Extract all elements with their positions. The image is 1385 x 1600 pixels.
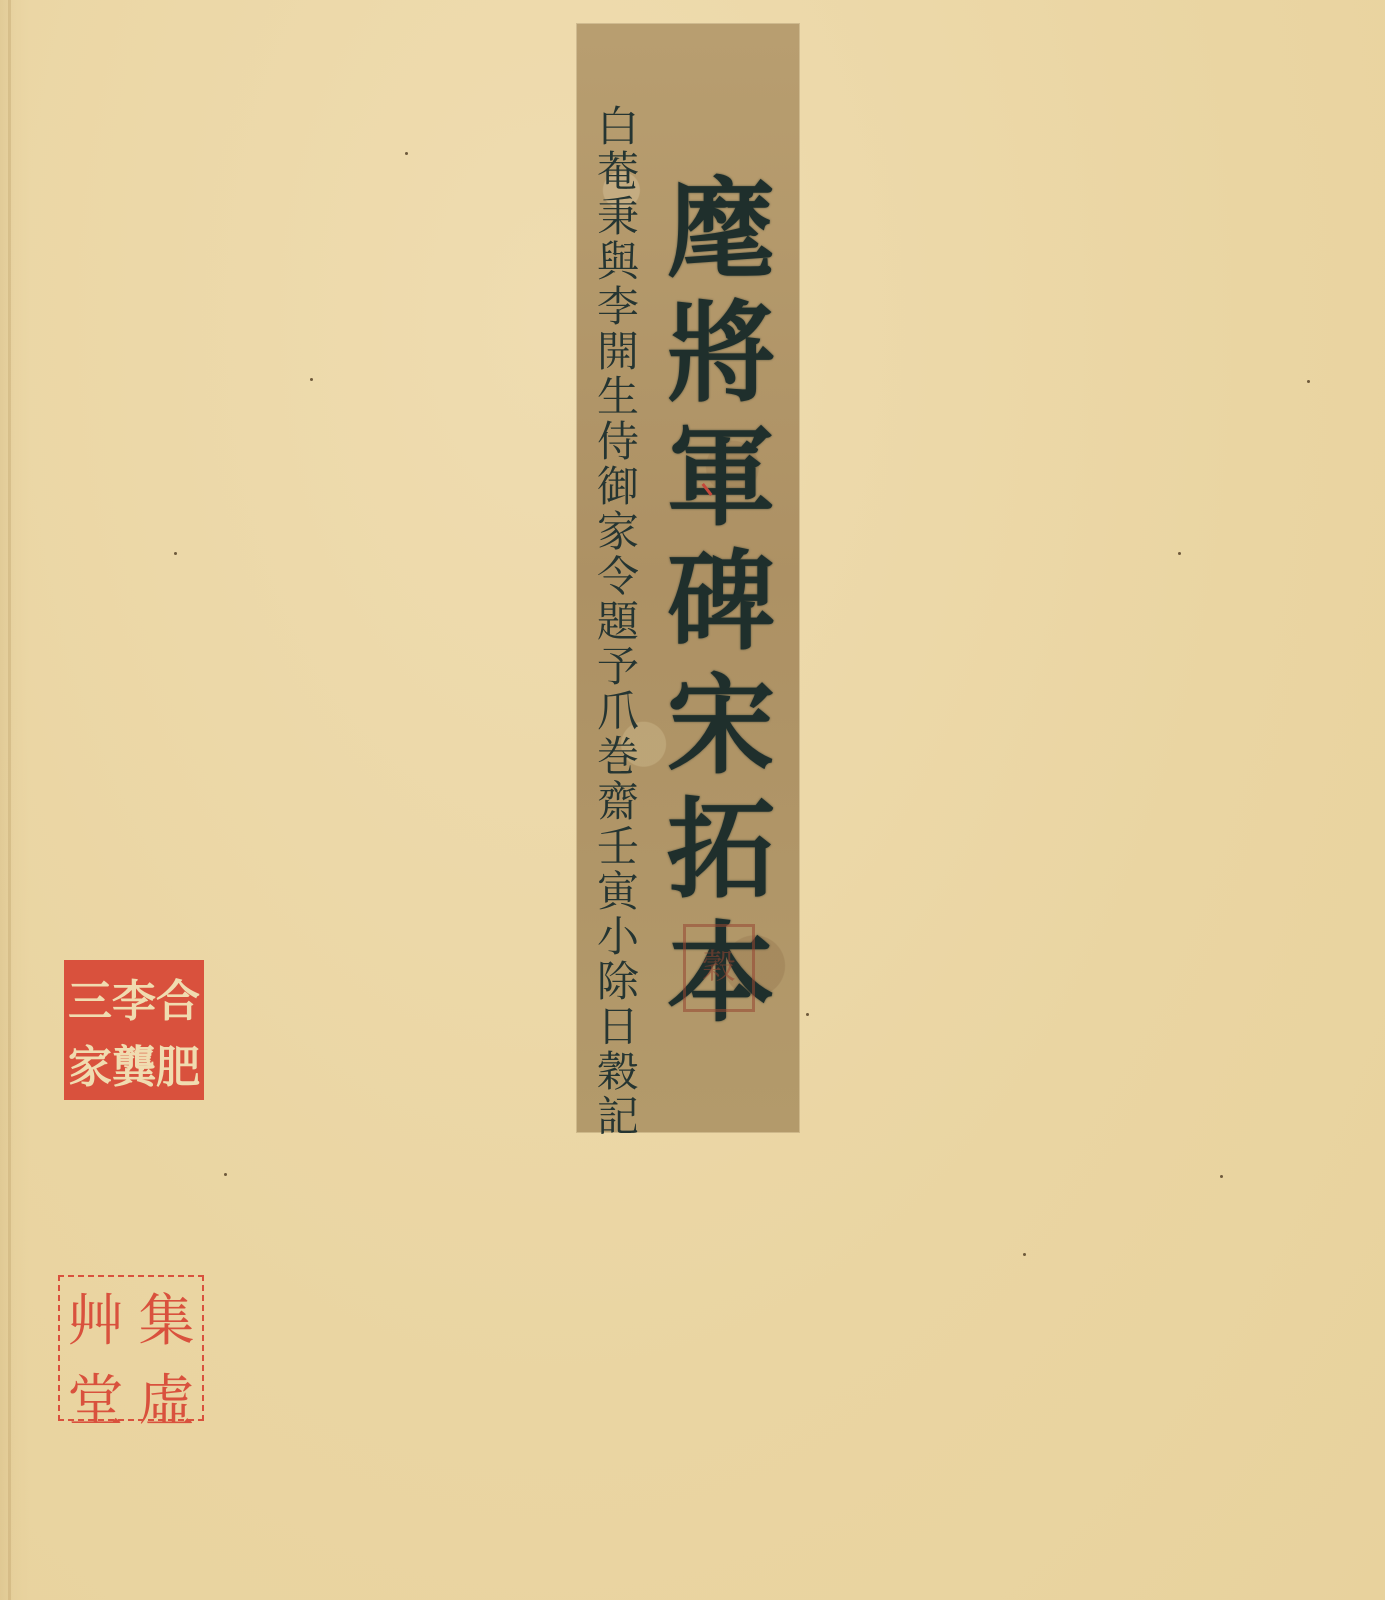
red-seal-upper: 合 肥 李 龔 三 家	[64, 960, 204, 1100]
inscription-char: 穀	[597, 1049, 639, 1094]
inscription-char: 令	[597, 554, 639, 599]
inscription-char: 齋	[597, 779, 639, 824]
inscription-char: 秉	[597, 194, 639, 239]
inscription-char: 家	[597, 509, 639, 554]
inscription-char: 生	[597, 374, 639, 419]
inscription-char: 白	[597, 104, 639, 149]
paper-speck	[1307, 380, 1310, 383]
inscription-char: 侍	[597, 419, 639, 464]
seal-char: 合	[156, 964, 200, 1030]
paper-speck	[1220, 1175, 1223, 1178]
title-char: 碑	[667, 540, 775, 664]
title-label-strip: 𨛫 麾 將 軍 碑 宋 拓 本 白 菴 秉 與 李 開 生 侍 御 家 令 題 …	[577, 24, 799, 1132]
paper-speck	[224, 1173, 227, 1176]
paper-speck	[405, 152, 408, 155]
inscription-char: 與	[597, 239, 639, 284]
inscription-char: 巻	[597, 734, 639, 779]
paper-speck	[1023, 1253, 1026, 1256]
paper-speck	[1178, 552, 1181, 555]
seal-char: 龔	[112, 1030, 156, 1096]
seal-char: 三	[68, 964, 112, 1030]
inscription-char: 予	[597, 644, 639, 689]
seal-char: 堂	[60, 1357, 131, 1437]
inscription-char: 題	[597, 599, 639, 644]
seal-char: 艸	[60, 1277, 131, 1357]
title-char: 麾	[667, 168, 775, 292]
paper-speck	[310, 378, 313, 381]
seal-char: 肥	[156, 1030, 200, 1096]
inscription-column: 白 菴 秉 與 李 開 生 侍 御 家 令 題 予 爪 巻 齋 壬 寅 小 除 …	[585, 104, 651, 1139]
inscription-char: 爪	[597, 689, 639, 734]
seal-char: 家	[68, 1030, 112, 1096]
inscription-char: 開	[597, 329, 639, 374]
inscription-char: 除	[597, 959, 639, 1004]
inscription-char: 菴	[597, 149, 639, 194]
inscription-char: 李	[597, 284, 639, 329]
title-char: 軍	[667, 416, 775, 540]
inscription-char: 御	[597, 464, 639, 509]
inscription-char: 日	[597, 1004, 639, 1049]
title-char: 拓	[667, 788, 775, 912]
seal-char: 李	[112, 964, 156, 1030]
inscription-char: 壬	[597, 824, 639, 869]
inscription-char: 小	[597, 914, 639, 959]
title-char: 宋	[667, 664, 775, 788]
paper-speck	[174, 552, 177, 555]
inscription-char: 寅	[597, 869, 639, 914]
red-seal-lower: 集 虛 艸 堂	[58, 1275, 204, 1421]
inscription-char: 記	[597, 1094, 639, 1139]
album-fold-line	[8, 0, 11, 1600]
title-char: 將	[667, 292, 775, 416]
faded-seal-on-label: 穀	[683, 924, 755, 1012]
seal-char: 虛	[131, 1357, 202, 1437]
paper-speck	[806, 1013, 809, 1016]
seal-char: 集	[131, 1277, 202, 1357]
title-column: 𨛫 麾 將 軍 碑 宋 拓 本	[657, 44, 785, 1036]
